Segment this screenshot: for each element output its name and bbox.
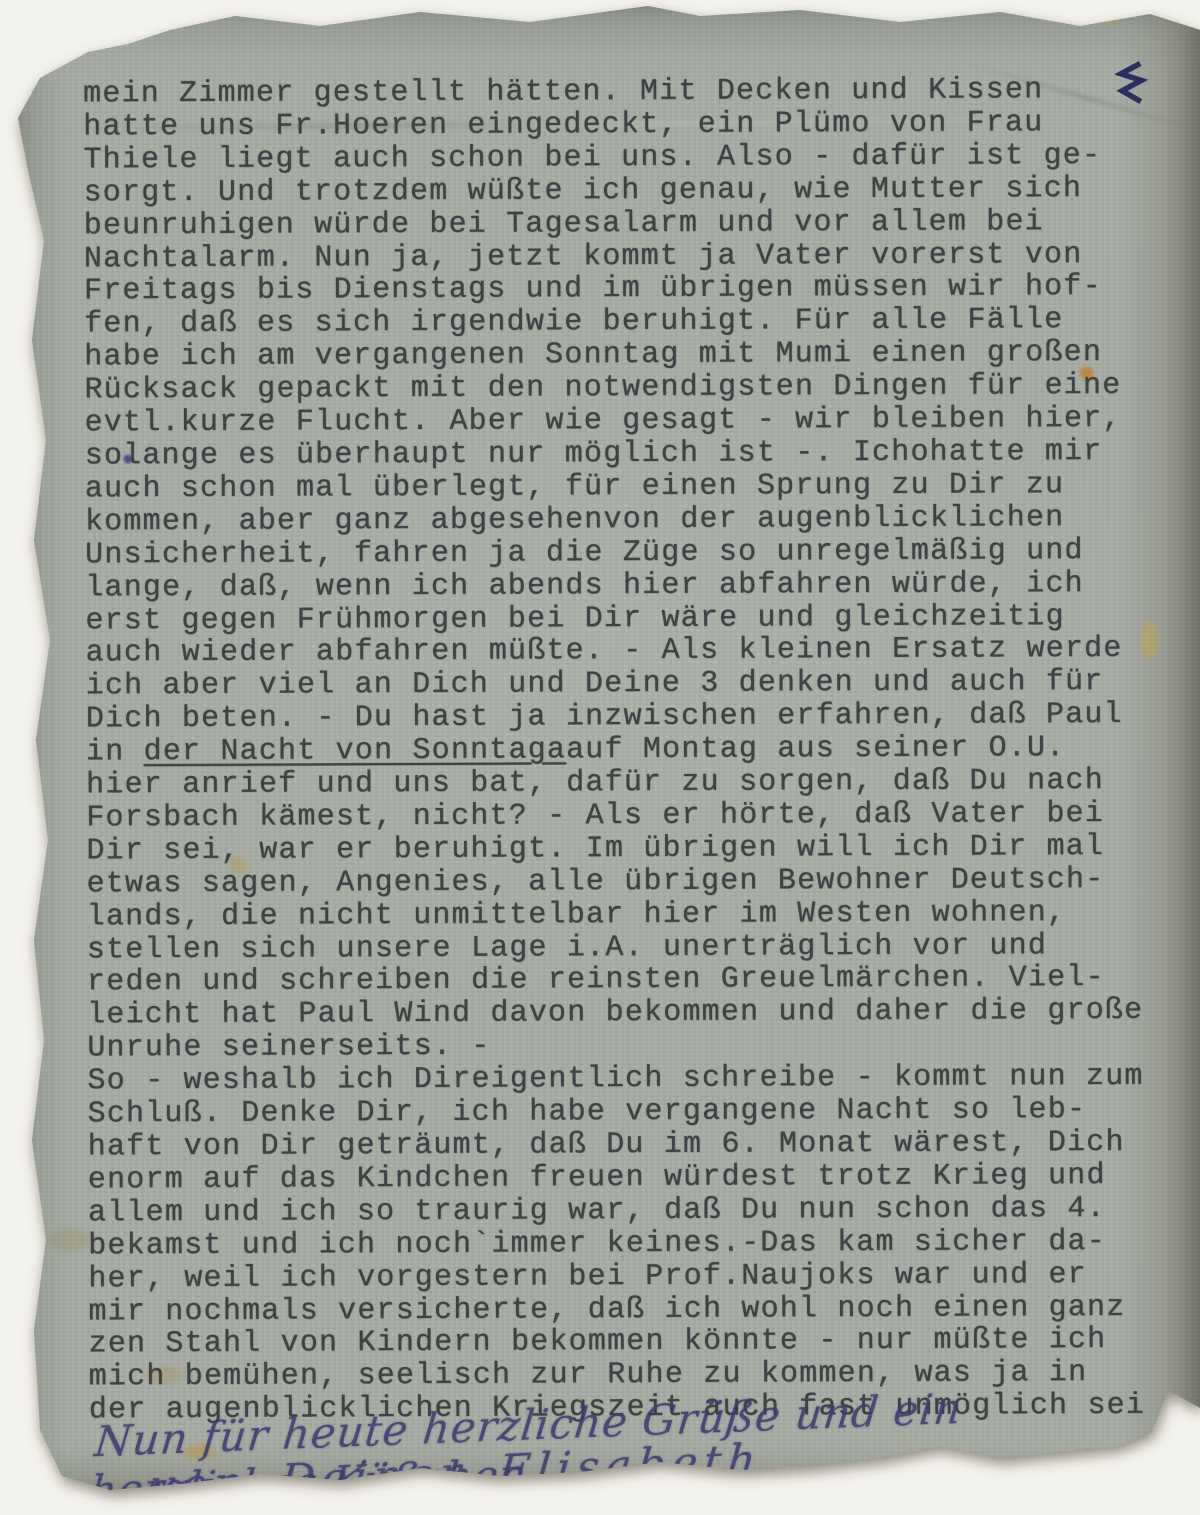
letter-line: her, weil ich vorgestern bei Prof.Naujok… [88,1258,1198,1296]
handwritten-margin-mark [1114,59,1152,120]
letter-line: der augenblicklichen Kriegszeit auch fas… [89,1390,1199,1428]
typewritten-text: mein Zimmer gestellt hätten. Mit Decken … [83,74,1199,1428]
letter-line: beunruhigen würde bei Tagesalarm und vor… [84,205,1194,243]
paper-crease [34,430,37,950]
letter-line: lange, daß, wenn ich abends hier abfahre… [85,567,1195,605]
handwritten-signature: von Deiner Elisabeth [148,1435,764,1513]
letter-page: mein Zimmer gestellt hätten. Mit Decken … [0,0,1200,1515]
letter-scan: mein Zimmer gestellt hätten. Mit Decken … [0,0,1200,1515]
letter-line: leicht hat Paul Wind davon bekommen und … [87,995,1197,1033]
